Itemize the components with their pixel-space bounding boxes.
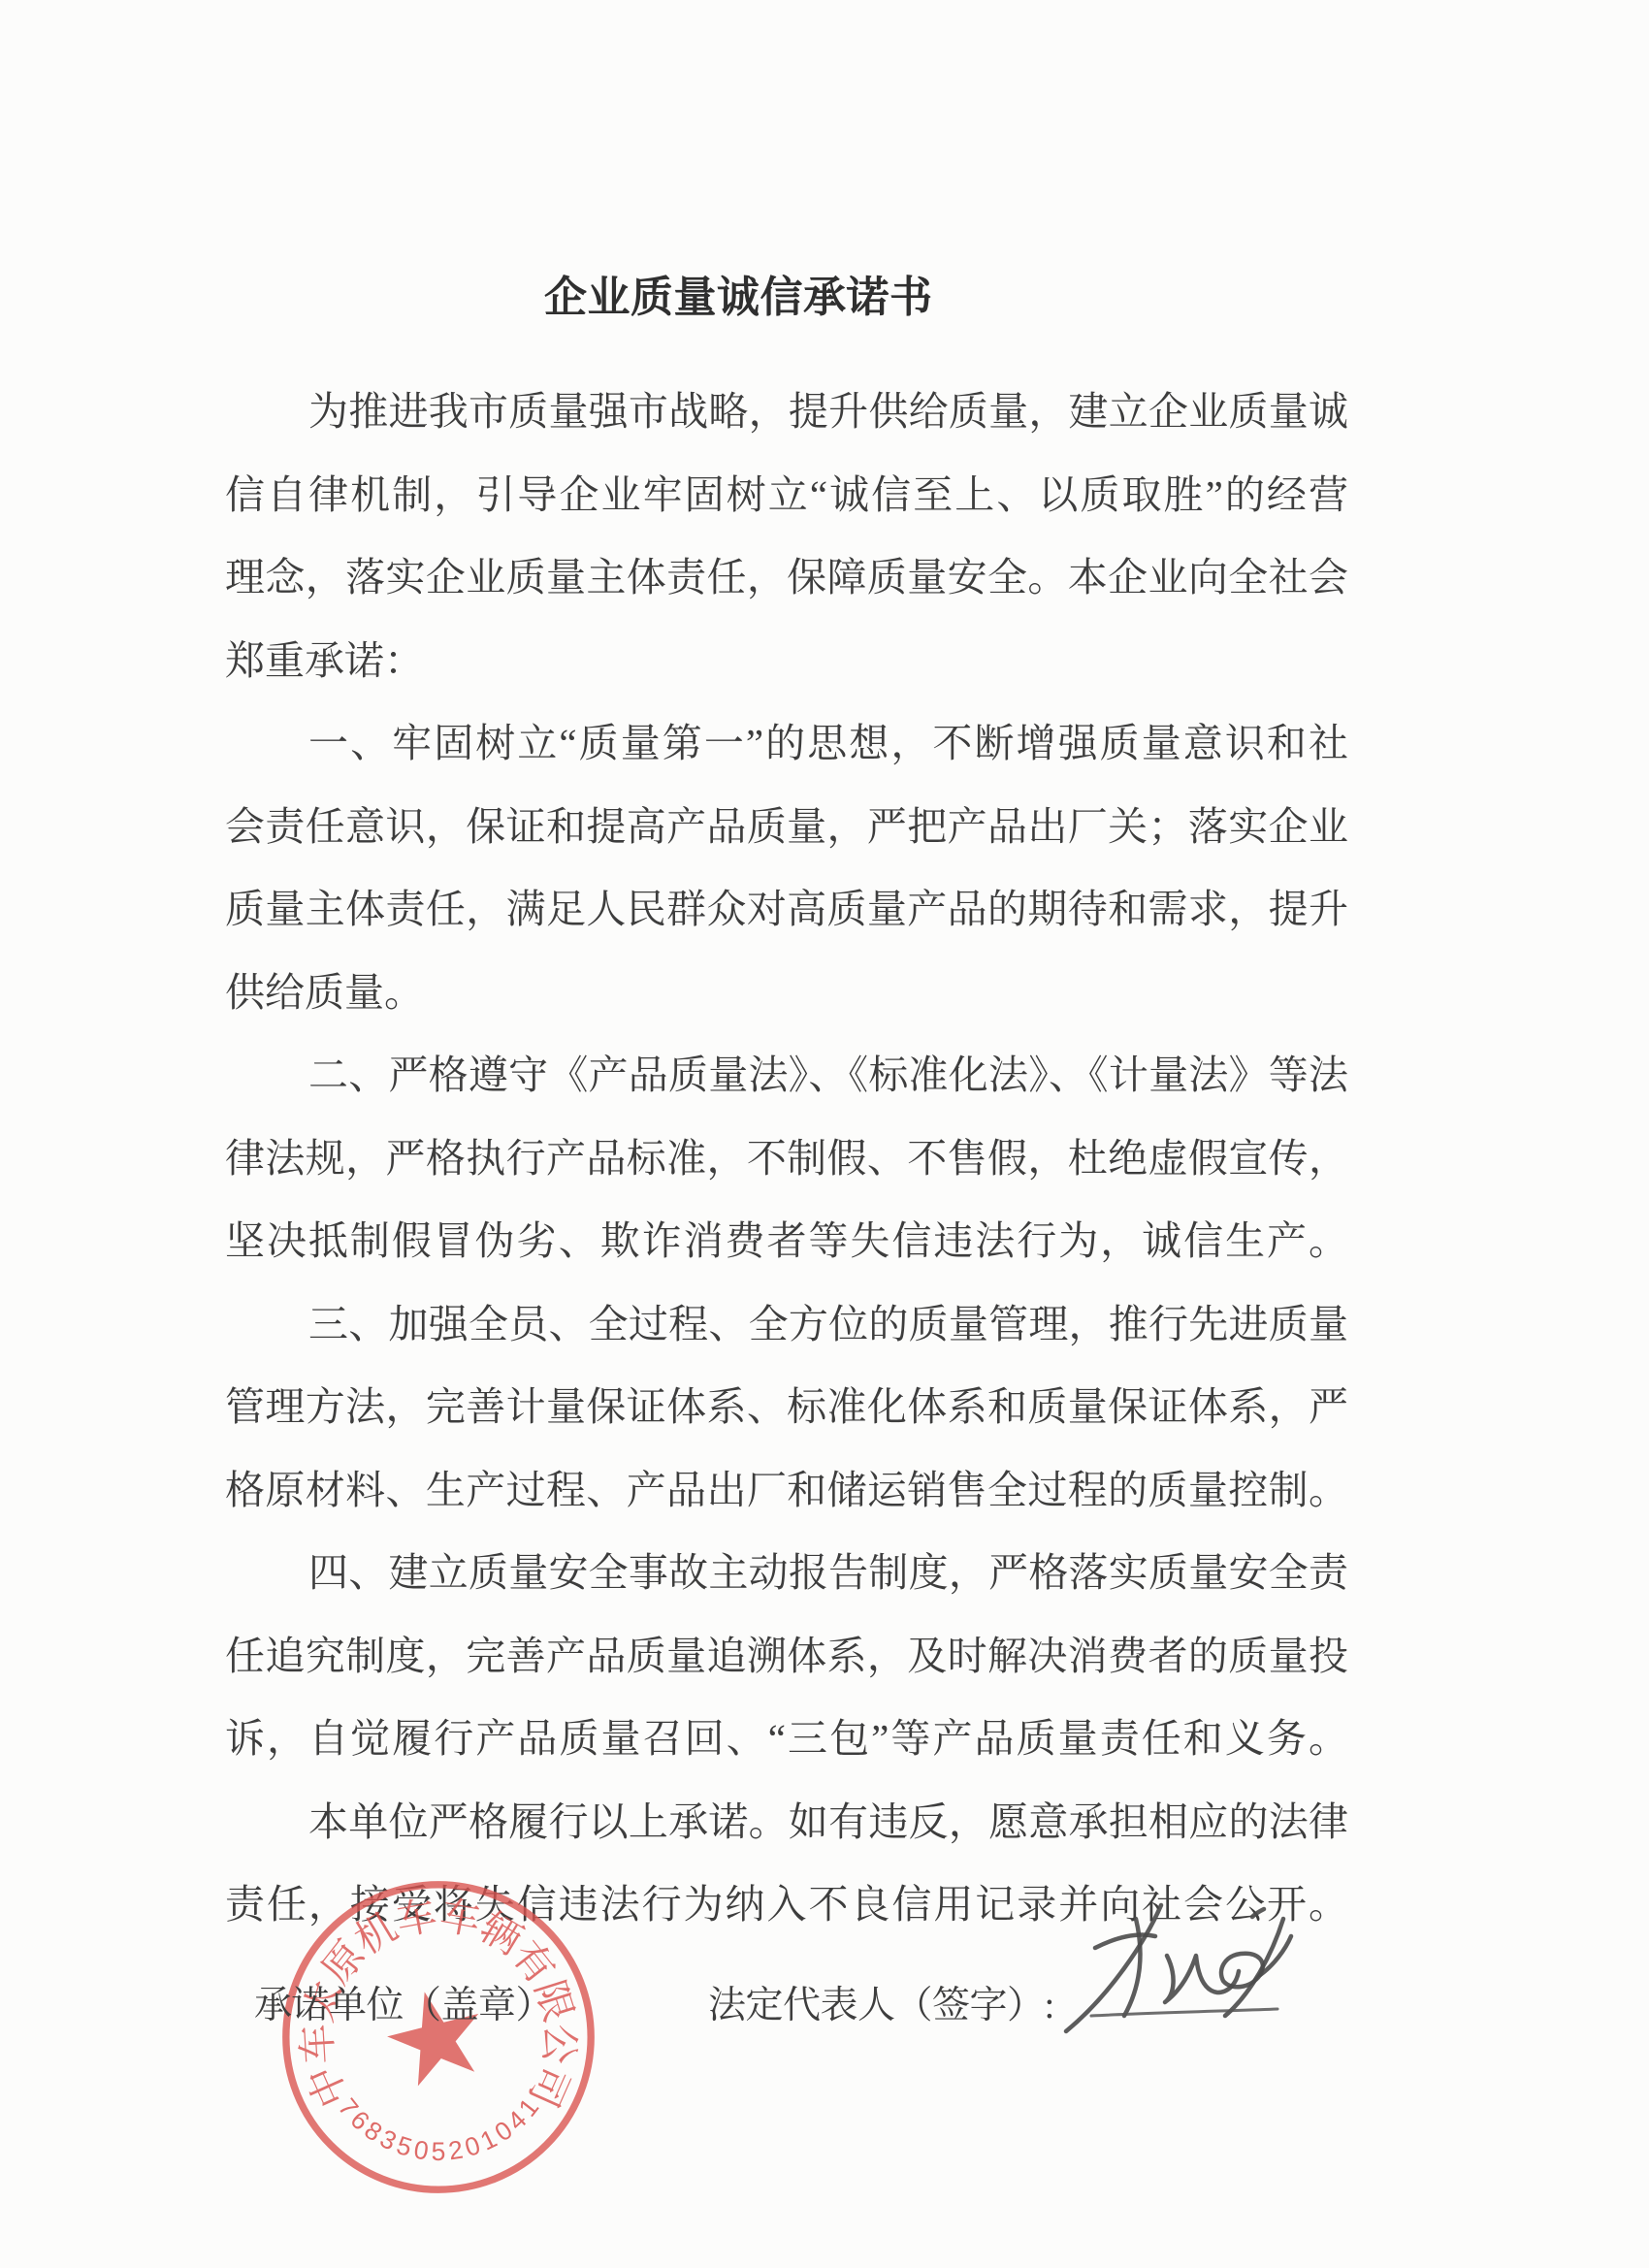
body-text: 为推进我市质量强市战略，提升供给质量，建立企业质量诚信自律机制，引导企业牢固树立… <box>0 0 1649 2268</box>
text-line: 供给质量。 <box>225 967 1348 1018</box>
text-line: 任追究制度，完善产品质量追溯体系，及时解决消费者的质量投 <box>225 1631 1348 1681</box>
text-line: 一、牢固树立“质量第一”的思想，不断增强质量意识和社 <box>225 718 1348 768</box>
seal-serial-digit: 5 <box>432 2137 446 2166</box>
seal-ring-char: 车 <box>393 1893 440 1944</box>
text-line: 诉，自觉履行产品质量召回、“三包”等产品质量责任和义务。 <box>225 1713 1348 1764</box>
text-line: 会责任意识，保证和提高产品质量，严把产品出厂关；落实企业 <box>225 801 1348 852</box>
text-line: 郑重承诺： <box>225 635 1348 686</box>
company-seal: 中车太原机车车辆有限公司 1401025053867 <box>276 1875 600 2199</box>
text-line: 信自律机制，引导企业牢固树立“诚信至上、以质取胜”的经营 <box>225 470 1348 520</box>
text-line: 质量主体责任，满足人民群众对高质量产品的期待和需求，提升 <box>225 884 1348 934</box>
text-line: 理念，落实企业质量主体责任，保障质量安全。本企业向全社会 <box>225 552 1348 602</box>
text-line: 格原材料、生产过程、产品出厂和储运销售全过程的质量控制。 <box>225 1465 1348 1515</box>
text-line: 坚决抵制假冒伪劣、欺诈消费者等失信违法行为，诚信生产。 <box>225 1215 1348 1266</box>
scanned-document-page: 企业质量诚信承诺书 为推进我市质量强市战略，提升供给质量，建立企业质量诚信自律机… <box>0 0 1649 2268</box>
text-line: 律法规，严格执行产品标准，不制假、不售假，杜绝虚假宣传， <box>225 1133 1348 1183</box>
text-line: 为推进我市质量强市战略，提升供给质量，建立企业质量诚 <box>225 386 1348 437</box>
text-line: 二、严格遵守《产品质量法》、《标准化法》、《计量法》等法 <box>225 1050 1348 1100</box>
text-line: 四、建立质量安全事故主动报告制度，严格落实质量安全责 <box>225 1547 1348 1598</box>
text-line: 本单位严格履行以上承诺。如有违反，愿意承担相应的法律 <box>225 1797 1348 1847</box>
seal-serial-number: 1401025053867 <box>333 2093 545 2166</box>
text-line: 管理方法，完善计量保证体系、标准化体系和质量保证体系，严 <box>225 1381 1348 1432</box>
legal-representative-label: 法定代表人（签字）: <box>708 1975 1054 2029</box>
stamp-unit-label: 承诺单位（盖章） <box>254 1975 553 2029</box>
text-line: 三、加强全员、全过程、全方位的质量管理，推行先进质量 <box>225 1299 1348 1349</box>
signature <box>1052 1897 1314 2043</box>
seal-serial-digit: 0 <box>412 2135 431 2166</box>
